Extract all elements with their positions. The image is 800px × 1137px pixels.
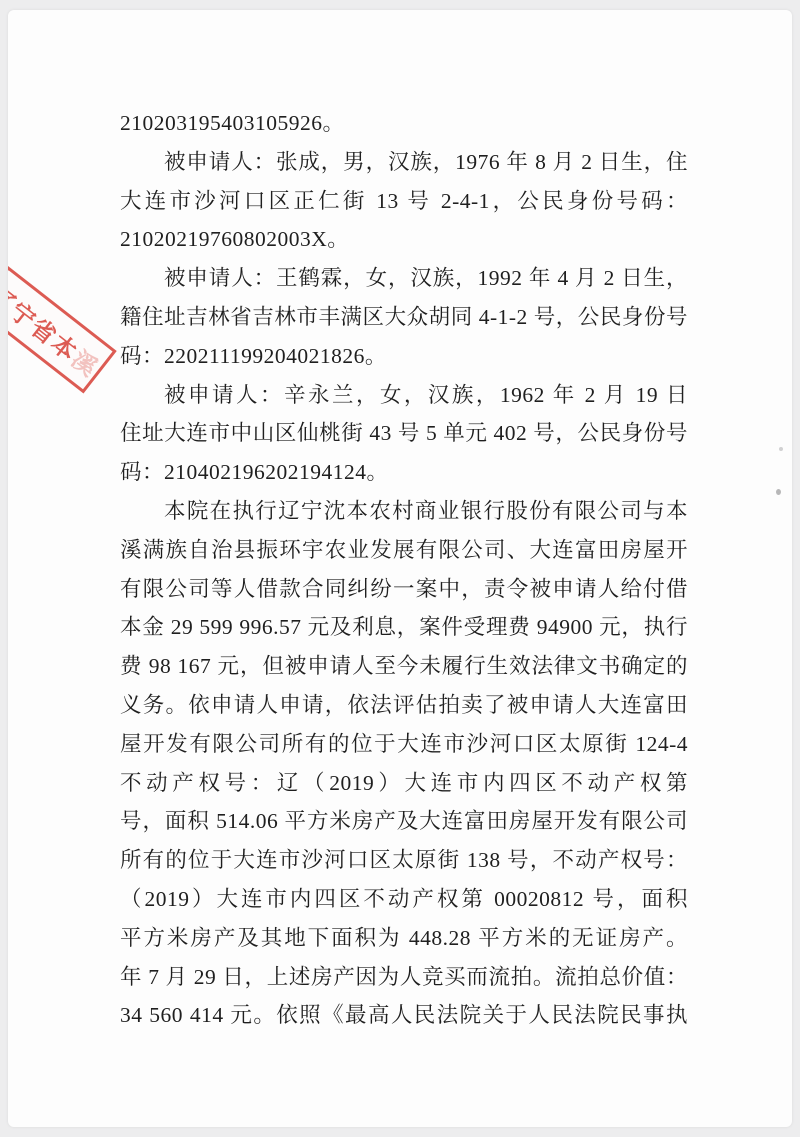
text-line: 所有的位于大连市沙河口区太原街 138 号，不动产权号：辽 <box>120 841 688 880</box>
text-line: 号，面积 514.06 平方米房产及大连富田房屋开发有限公司 <box>120 802 688 841</box>
text-line: 码：210402196202194124。 <box>120 453 688 492</box>
official-red-stamp: 辽宁省本溪 <box>8 266 117 394</box>
text-line: 平方米房产及其地下面积为 448.28 平方米的无证房产。2021 <box>120 919 688 958</box>
text-line: 34 560 414 元。依照《最高人民法院关于人民法院民事执行 <box>120 996 688 1035</box>
text-line: 大连市沙河口区正仁街 13 号 2-4-1，公民身份号码： <box>120 182 688 221</box>
text-line: 溪满族自治县振环宇农业发展有限公司、大连富田房屋开发 <box>120 531 688 570</box>
text-line: 不动产权号：辽（2019）大连市内四区不动产权第 00020813 <box>120 764 688 803</box>
text-line: 码：220211199204021826。 <box>120 337 688 376</box>
text-line: 籍住址吉林省吉林市丰满区大众胡同 4-1-2 号，公民身份号 <box>120 298 688 337</box>
scan-speck <box>776 489 781 495</box>
text-line: 本金 29 599 996.57 元及利息，案件受理费 94900 元，执行 <box>120 608 688 647</box>
text-line: 210203195403105926。 <box>120 104 688 143</box>
text-line: （2019）大连市内四区不动产权第 00020812 号，面积 1344.83 <box>120 880 688 919</box>
text-line: 义务。依申请人申请，依法评估拍卖了被申请人大连富田房 <box>120 686 688 725</box>
text-line: 屋开发有限公司所有的位于大连市沙河口区太原街 124-4 号， <box>120 725 688 764</box>
text-line: 有限公司等人借款合同纠纷一案中，责令被申请人给付借款 <box>120 570 688 609</box>
text-line: 被申请人：辛永兰，女，汉族，1962 年 2 月 19 日生， <box>120 376 688 415</box>
text-line: 本院在执行辽宁沈本农村商业银行股份有限公司与本 <box>120 492 688 531</box>
text-line: 被申请人：张成，男，汉族，1976 年 8 月 2 日生，住址 <box>120 143 688 182</box>
document-page: 辽宁省本溪 210203195403105926。 被申请人：张成，男，汉族，1… <box>8 10 792 1127</box>
text-line: 年 7 月 29 日，上述房产因为人竞买而流拍。流拍总价值： <box>120 958 688 997</box>
text-line: 21020219760802003X。 <box>120 220 688 259</box>
text-line: 费 98 167 元，但被申请人至今未履行生效法律文书确定的 <box>120 647 688 686</box>
scan-background: 辽宁省本溪 210203195403105926。 被申请人：张成，男，汉族，1… <box>0 0 800 1137</box>
scan-speck <box>779 447 783 451</box>
text-line: 住址大连市中山区仙桃街 43 号 5 单元 402 号，公民身份号 <box>120 414 688 453</box>
text-line: 被申请人：王鹤霖，女，汉族，1992 年 4 月 2 日生，户 <box>120 259 688 298</box>
document-text-body: 210203195403105926。 被申请人：张成，男，汉族，1976 年 … <box>120 104 688 1035</box>
